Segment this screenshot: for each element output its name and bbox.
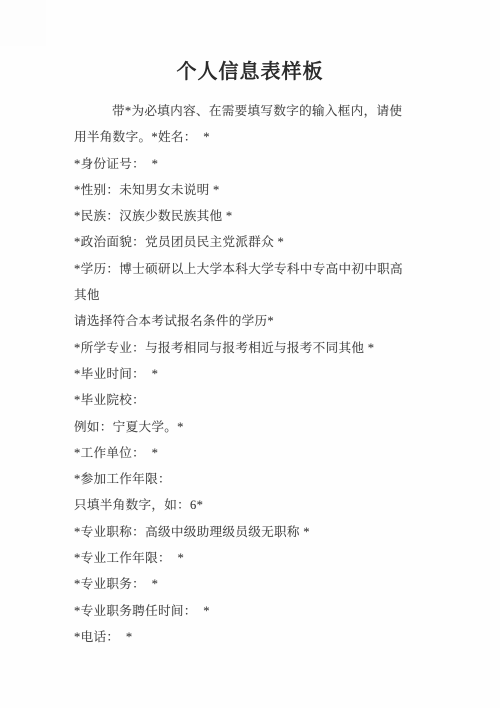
field-work-unit: *工作单位： *	[74, 440, 428, 466]
intro-line-1: 带*为必填内容、在需要填写数字的输入框内，请使	[74, 98, 428, 124]
intro-line-2-name-field: 用半角数字。*姓名： *	[74, 124, 428, 150]
scan-corner-artifact	[0, 0, 46, 46]
field-id-number: *身份证号： *	[74, 151, 428, 177]
field-education-options-overflow: 其他	[74, 282, 428, 308]
field-phone: *电话： *	[74, 624, 428, 650]
page-title: 个人信息表样板	[0, 0, 500, 86]
field-major: *所学专业：与报考相同与报考相近与报考不同其他 *	[74, 335, 428, 361]
field-professional-position: *专业职务： *	[74, 571, 428, 597]
field-graduation-school: *毕业院校：	[74, 387, 428, 413]
school-example-note: 例如：宁夏大学。*	[74, 414, 428, 440]
field-professional-work-years: *专业工作年限： *	[74, 545, 428, 571]
field-work-years: *参加工作年限：	[74, 466, 428, 492]
field-graduation-date: *毕业时间： *	[74, 361, 428, 387]
education-note: 请选择符合本考试报名条件的学历*	[74, 308, 428, 334]
document-page: 个人信息表样板 带*为必填内容、在需要填写数字的输入框内，请使 用半角数字。*姓…	[0, 0, 500, 708]
field-gender: *性别：未知男女未说明 *	[74, 177, 428, 203]
field-position-appointment-date: *专业职务聘任时间： *	[74, 598, 428, 624]
field-education-options: *学历：博士硕研以上大学本科大学专科中专高中初中职高	[74, 256, 428, 282]
work-years-note: 只填半角数字，如：6*	[74, 492, 428, 518]
field-political-status: *政治面貌：党员团员民主党派群众 *	[74, 229, 428, 255]
field-professional-title: *专业职称：高级中级助理级员级无职称 *	[74, 519, 428, 545]
field-ethnicity: *民族：汉族少数民族其他 *	[74, 203, 428, 229]
form-instructions-body: 带*为必填内容、在需要填写数字的输入框内，请使 用半角数字。*姓名： * *身份…	[0, 98, 500, 650]
